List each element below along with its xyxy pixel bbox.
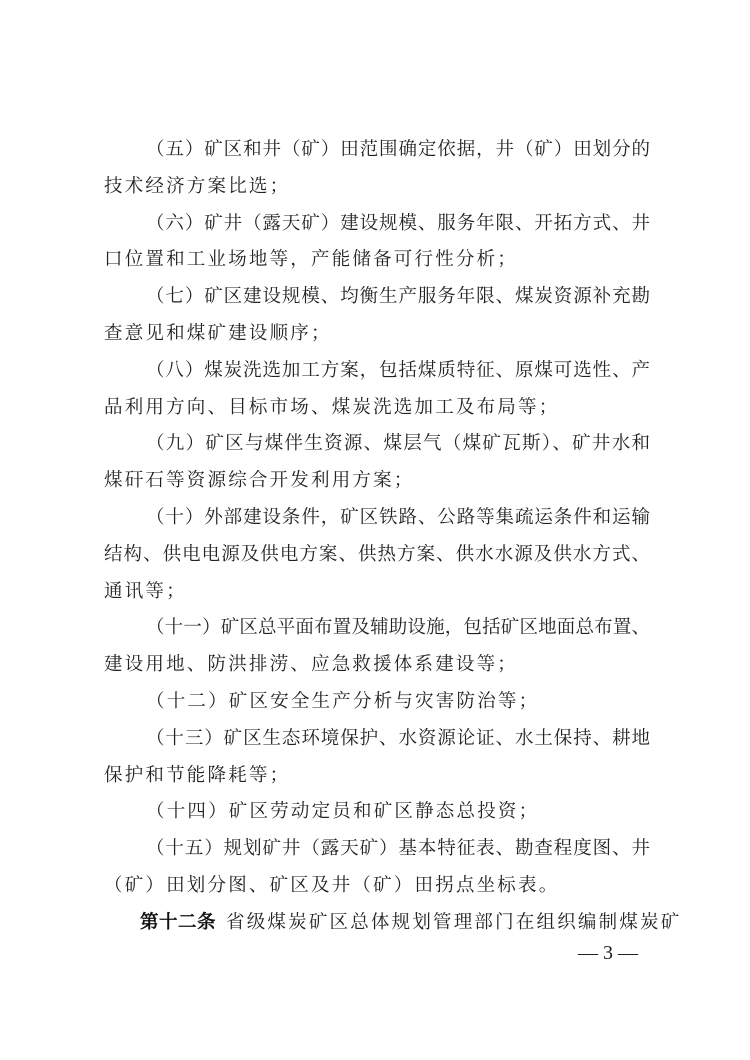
paragraph-13-line-1: （十三）矿区生态环境保护、水资源论证、水土保持、耕地 [104,721,650,758]
paragraph-8-line-1: （八）煤炭洗选加工方案，包括煤质特征、原煤可选性、产 [104,353,650,390]
paragraph-6-line-1: （六）矿井（露天矿）建设规模、服务年限、开拓方式、井 [104,206,650,243]
article-text: 省级煤炭矿区总体规划管理部门在组织编制煤炭矿 [226,912,681,933]
paragraph-7-line-1: （七）矿区建设规模、均衡生产服务年限、煤炭资源补充勘 [104,279,650,316]
paragraph-10-line-3: 通讯等； [104,574,650,611]
paragraph-6-line-2: 口位置和工业场地等，产能储备可行性分析； [104,242,650,279]
paragraph-7-line-2: 查意见和煤矿建设顺序； [104,316,650,353]
document-page: （五）矿区和井（矿）田范围确定依据，井（矿）田划分的 技术经济方案比选； （六）… [104,132,650,942]
paragraph-15-line-1: （十五）规划矿井（露天矿）基本特征表、勘查程度图、井 [104,831,650,868]
paragraph-11-line-1: （十一）矿区总平面布置及辅助设施，包括矿区地面总布置、 [104,610,650,647]
paragraph-13-line-2: 保护和节能降耗等； [104,758,650,795]
paragraph-10-line-1: （十）外部建设条件，矿区铁路、公路等集疏运条件和运输 [104,500,650,537]
paragraph-5-line-2: 技术经济方案比选； [104,169,650,206]
page-number: — 3 — [573,942,643,965]
paragraph-11-line-2: 建设用地、防洪排涝、应急救援体系建设等； [104,647,650,684]
article-12-line-1: 第十二条省级煤炭矿区总体规划管理部门在组织编制煤炭矿 [104,905,650,942]
paragraph-8-line-2: 品利用方向、目标市场、煤炭洗选加工及布局等； [104,390,650,427]
paragraph-12-line-1: （十二）矿区安全生产分析与灾害防治等； [104,684,650,721]
paragraph-5-line-1: （五）矿区和井（矿）田范围确定依据，井（矿）田划分的 [104,132,650,169]
paragraph-9-line-1: （九）矿区与煤伴生资源、煤层气（煤矿瓦斯）、矿井水和 [104,426,650,463]
paragraph-10-line-2: 结构、供电电源及供电方案、供热方案、供水水源及供水方式、 [104,537,650,574]
paragraph-14-line-1: （十四）矿区劳动定员和矿区静态总投资； [104,794,650,831]
paragraph-9-line-2: 煤矸石等资源综合开发利用方案； [104,463,650,500]
paragraph-15-line-2: （矿）田划分图、矿区及井（矿）田拐点坐标表。 [104,868,650,905]
article-heading: 第十二条 [140,912,216,933]
